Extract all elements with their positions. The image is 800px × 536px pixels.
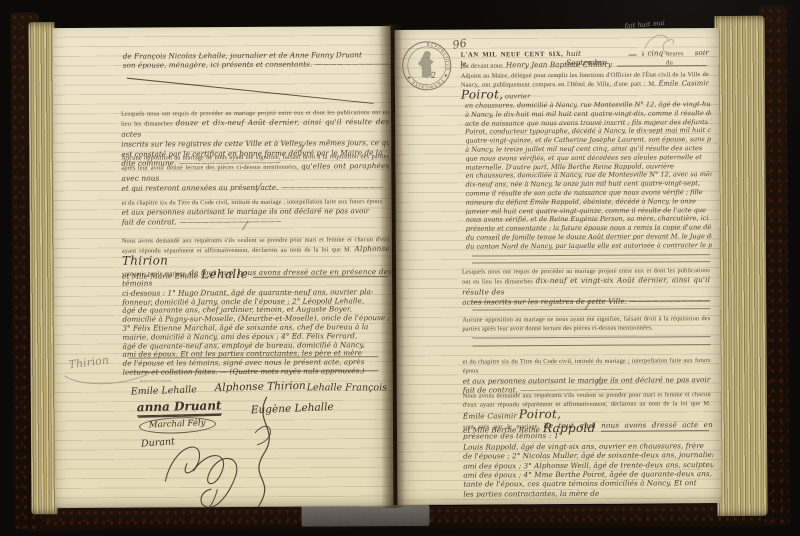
paragraph-text: sont unis par le mariage. de tout quoi n… (463, 420, 713, 442)
handwriting-line: les parties contractantes, la mère de (463, 488, 713, 499)
officiant-line: par devant nous Henry Jean Baptiste Chil… (461, 59, 709, 71)
signature-lehalle-francois: Lehalle François (307, 382, 387, 393)
printed-text: Nous avons demandé aux requérants s'ils … (463, 391, 711, 409)
witnesses-handwriting-block: ci-dessous : 1° Hugo Druant, âgé de quar… (122, 288, 393, 378)
groom-surname-handwriting: Poirot, (461, 87, 503, 101)
union-and-witnesses-paragraph: sont unis par le mariage. de tout quoi n… (463, 420, 713, 499)
book-support-strip (301, 505, 429, 527)
groom-forename-handwriting: Émile Casimir (659, 80, 709, 88)
union-and-witnesses-paragraph: sont unis par le mariage. de tout quoi n… (122, 267, 393, 377)
closing-rule (472, 254, 710, 256)
closing-rule (472, 336, 710, 338)
pencil-squiggle (643, 30, 677, 56)
left-register-page: de François Nicolas Lehalle, journalier … (53, 26, 394, 508)
printed-text: Nous avons demandé aux requérants s'ils … (122, 236, 390, 255)
handwriting-line: du canton Nord de Nancy, par laquelle el… (466, 241, 712, 251)
officiant-name-handwriting: Henry Jean Baptiste Chillery (506, 60, 612, 70)
paragraph-text: Nous avons demandé aux requérants s'ils … (122, 235, 390, 268)
paragraph-text: sont unis par le mariage. de tout quoi n… (122, 267, 392, 289)
handwriting-line: son épouse, ménagère, ici présents et co… (123, 59, 391, 70)
book-gutter-shadow (379, 24, 406, 508)
handwriting-line: tante de l'époux, ces quatre témoins dom… (463, 479, 713, 490)
margin-pencil-note: Thirion (68, 353, 110, 371)
handwritten-text: ouvrier (505, 92, 530, 100)
right-register-page: RÉPUBLIQUE ★ FRANÇAISE ★ 2 96 L'AN MIL N… (395, 28, 722, 505)
closing-rule (472, 261, 710, 263)
opposition-paragraph: Aucune opposition au mariage ne nous aya… (121, 152, 389, 193)
stamp-value: 2 (430, 71, 436, 80)
page-edges-right (714, 16, 767, 516)
paragraph-text: Aucune opposition au mariage ne nous aya… (462, 314, 710, 334)
republique-francaise-stamp-icon: RÉPUBLIQUE ★ FRANÇAISE ★ 2 (401, 40, 453, 92)
signature-emile-lehalle: Emile Lehalle (131, 384, 197, 397)
paragraph-text: Nous avons demandé aux requérants s'ils … (463, 390, 711, 422)
groom-forename-handwriting: Émile Casimir (463, 411, 517, 420)
handwritten-period: soir (695, 48, 709, 57)
paragraph-text: Adjoint au Maire, délégué pour remplir l… (461, 70, 709, 102)
paragraph-text: et du chapitre six du Titre du Code civi… (463, 356, 711, 376)
handwriting-line: et aux personnes autorisant le mariage i… (122, 206, 390, 217)
blank-fill-line (628, 49, 636, 56)
handwriting-line: fait de contrat. —————————————— (122, 216, 390, 227)
blank-strike-line (127, 78, 374, 104)
closing-rule (472, 344, 710, 346)
groom-surname-handwriting: Thirion (122, 253, 168, 267)
code-civil-paragraph: et du chapitre six du Titre du Code civi… (122, 197, 390, 227)
printed-text: sont unis par le mariage. (122, 270, 188, 277)
act-body-handwriting: en chaussures, domicilié à Nancy, rue Mo… (465, 100, 712, 251)
paragraph-text: Lesquels nous ont requis de procéder au … (121, 108, 389, 140)
opening-paragraph: Adjoint au Maire, délégué pour remplir l… (461, 70, 709, 102)
flourish-signature-paraph (159, 429, 280, 508)
closing-rule (472, 308, 710, 310)
signature-alphonse-thirion: Alphonse Thirion (215, 380, 306, 394)
witnesses-handwriting-block: Louis Rappold, âgé de vingt-six ans, ouv… (463, 441, 713, 499)
opening-handwriting: de François Nicolas Lehalle, journalier … (123, 50, 391, 70)
printed-text: par devant nous (461, 61, 503, 71)
groom-surname-handwriting: Poirot, (519, 407, 561, 421)
handwriting-block: et aux personnes autorisant le mariage i… (122, 206, 390, 226)
blank-fill-line (617, 59, 707, 67)
paragraph-text: Aucune opposition au mariage ne nous aya… (121, 152, 389, 184)
paragraph-text: Lesquels nous ont requis de procéder au … (462, 266, 710, 298)
open-register-book: de François Nicolas Lehalle, journalier … (0, 0, 800, 536)
printed-text: sont unis par le mariage. (463, 423, 540, 430)
handwriting-line: que nous avons vérifiés, et que sont déc… (465, 153, 711, 163)
opposition-paragraph: Aucune opposition au mariage ne nous aya… (462, 314, 710, 334)
register-scan: de François Nicolas Lehalle, journalier … (0, 0, 800, 536)
